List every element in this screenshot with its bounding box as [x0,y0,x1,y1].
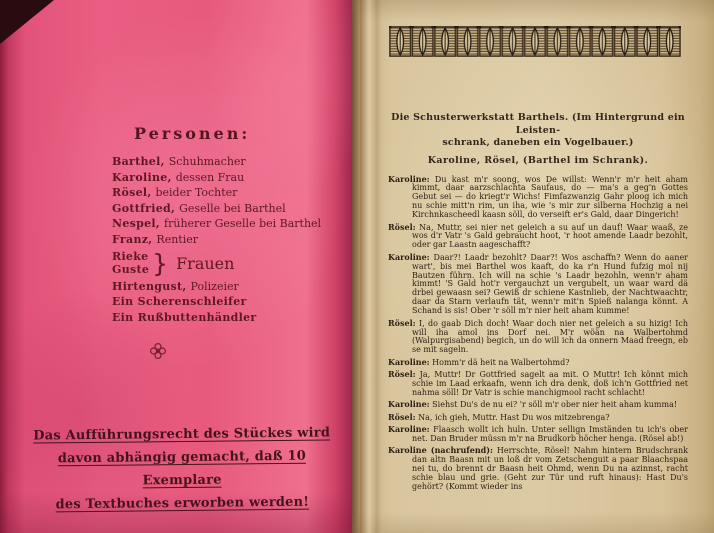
cast-heading: Personen: [134,124,312,143]
cast-item: Karoline,dessen Frau [112,170,312,186]
speaker-name: Karoline: [388,424,430,434]
cast-block: Personen: Barthel,Schuhmacher Karoline,d… [112,124,312,365]
notice-line: des Textbuches erworben werden! [28,490,336,516]
speaker-name: Rösel: [388,318,416,328]
cast-name: Karoline, [112,171,172,184]
cast-name: Ein Scherenschleifer [112,295,247,308]
speaker-name: Karoline: [388,174,430,184]
scene-heading: Die Schusterwerkstatt Barthels. (Im Hint… [388,112,688,150]
speech-text: I, do gaab Dich doch! Waar doch nier net… [412,319,688,355]
speech-text: Daar?! Laadr bezohlt? Daar?! Wos aschaff… [412,253,688,315]
speaker-name: Rösel: [388,412,416,422]
cast-role: Rentier [156,233,198,246]
cast-name: Guste [112,263,149,277]
cast-name: Barthel, [112,155,165,168]
speech-text: Na, Muttr, sei nier net geleich a su auf… [412,223,688,250]
speech-text: Flaasch wollt ich huln. Unter sellign Im… [412,425,688,443]
speaker-name: Karoline: [388,357,430,367]
speech-text: Homm'r dä heit na Walbertohmd? [432,358,569,367]
cast-item: Gottfried,Geselle bei Barthel [112,201,312,217]
cast-brace-group: Rieke Guste } Frauen [112,249,312,278]
cast-name: Ein Rußbuttenhändler [112,311,257,324]
cast-role: Frauen [176,254,234,273]
cast-name: Nespel, [112,217,160,230]
cast-role: beider Tochter [155,186,237,199]
speaker-name: Karoline: [388,252,430,262]
dialogue-paragraph: Karoline (nachrufend): Herrschte, Rösel!… [388,446,688,492]
dialogue-paragraph: Rösel: I, do gaab Dich doch! Waar doch n… [388,319,688,356]
rosette-ornament-icon [148,341,312,365]
cast-name: Franz, [112,233,152,246]
dialogue-paragraph: Karoline: Daar?! Laadr bezohlt? Daar?! W… [388,253,688,316]
cast-name: Gottfried, [112,202,175,215]
dialogue-paragraph: Karoline: Homm'r dä heit na Walbertohmd? [388,358,688,368]
right-page: Die Schusterwerkstatt Barthels. (Im Hint… [352,0,714,533]
book-spread: Personen: Barthel,Schuhmacher Karoline,d… [0,0,714,533]
cast-name: Rieke [112,250,149,264]
scene-heading-line2: schrank, daneben ein Vogelbauer.) [388,137,688,150]
cast-item: Hirtengust,Polizeier [112,279,312,295]
brace-names: Rieke Guste [112,250,149,277]
cast-role: früherer Geselle bei Barthel [164,217,321,230]
cast-item: Rösel,beider Tochter [112,185,312,201]
cast-list-continued: Hirtengust,Polizeier Ein Scherenschleife… [112,279,312,326]
dialogue-paragraph: Karoline: Siehst Du's de nu ei? 'r söll … [388,400,688,410]
dialogue-block: Karoline: Du kast m'r soong, wos De will… [388,175,688,493]
dialogue-paragraph: Karoline: Du kast m'r soong, wos De will… [388,175,688,221]
brace-glyph: } [152,249,168,278]
cast-item: Ein Rußbuttenhändler [112,310,312,326]
dialogue-paragraph: Rösel: Na, Muttr, sei nier net geleich a… [388,223,688,251]
cast-item: Barthel,Schuhmacher [112,154,312,170]
scene-cast-line: Karoline, Rösel, (Barthel im Schrank). [388,155,688,166]
cast-role: Schuhmacher [169,155,246,168]
cast-item: Nespel,früherer Geselle bei Barthel [112,216,312,232]
notice-line: Das Aufführungsrecht des Stückes wird [28,421,336,447]
notice-line: davon abhängig gemacht, daß 10 Exemplare [28,444,336,493]
cast-role: Geselle bei Barthel [179,202,286,215]
cast-role: dessen Frau [176,171,244,184]
speaker-name: Karoline (nachrufend): [388,445,493,455]
dialogue-paragraph: Rösel: Ja, Muttr! Dr Gottfried sagelt aa… [388,370,688,398]
dialogue-paragraph: Karoline: Flaasch wollt ich huln. Unter … [388,425,688,444]
dialogue-paragraph: Rösel: Na, ich gieh, Muttr. Hast Du wos … [388,413,688,423]
cast-item: Ein Scherenschleifer [112,294,312,310]
speech-text: Siehst Du's de nu ei? 'r söll m'r ober n… [432,400,677,409]
cast-name: Rösel, [112,186,151,199]
cast-role: Polizeier [191,280,239,293]
geometric-border-ornament-icon [389,26,688,61]
speech-text: Du kast m'r soong, wos De willst: Wenn'r… [412,175,688,220]
right-page-content: Die Schusterwerkstatt Barthels. (Im Hint… [388,26,688,495]
speaker-name: Rösel: [388,222,416,232]
speech-text: Ja, Muttr! Dr Gottfried sagelt aa mit. O… [412,370,688,397]
performance-rights-notice: Das Aufführungsrecht des Stückes wird da… [28,421,337,516]
speaker-name: Rösel: [388,369,416,379]
cast-item: Franz,Rentier [112,232,312,248]
speech-text: Na, ich gieh, Muttr. Hast Du wos mitzebr… [418,413,609,422]
speaker-name: Karoline: [388,399,430,409]
left-page: Personen: Barthel,Schuhmacher Karoline,d… [0,0,360,533]
cast-name: Hirtengust, [112,280,187,293]
cast-list: Barthel,Schuhmacher Karoline,dessen Frau… [112,154,312,248]
scene-heading-line1: Die Schusterwerkstatt Barthels. (Im Hint… [388,112,688,137]
